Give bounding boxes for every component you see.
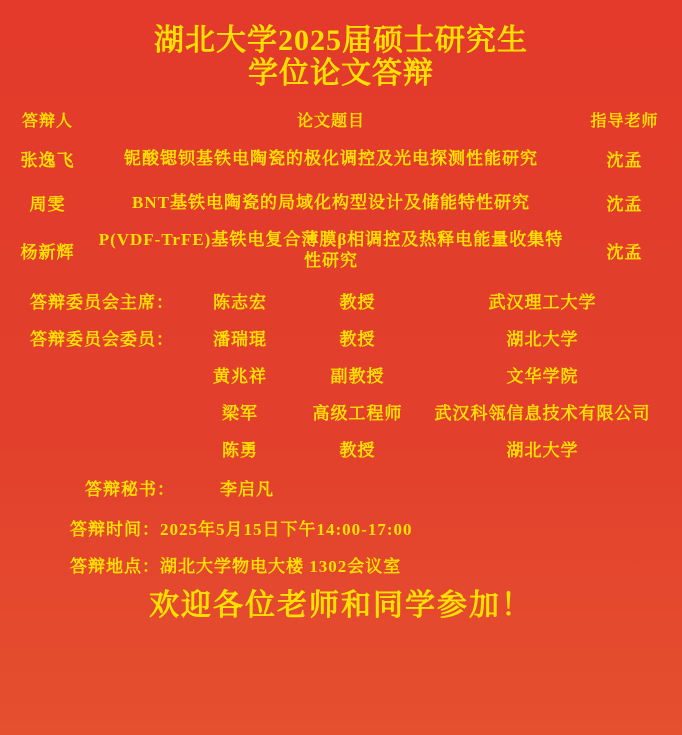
defense-time-label: 答辩时间： [70,515,160,540]
committee-member-affiliation: 湖北大学 [425,436,660,461]
secretary-name: 李启凡 [220,475,274,500]
committee-row: 梁军 高级工程师 武汉科瓴信息技术有限公司 [0,399,682,421]
students-table: 答辩人 论文题目 指导老师 张逸飞 铌酸锶钡基铁电陶瓷的极化调控及光电探测性能研… [0,108,682,271]
committee-member-name: 梁军 [190,399,290,424]
committee-member-title: 副教授 [290,362,425,387]
defense-time-value: 2025年5月15日下午14:00-17:00 [160,515,412,540]
committee-row: 陈勇 教授 湖北大学 [0,436,682,458]
thesis-title: BNT基铁电陶瓷的局域化构型设计及储能特性研究 [95,192,567,213]
committee-member-title: 教授 [290,288,425,313]
header-advisor: 指导老师 [567,108,682,131]
committee-member-name: 陈志宏 [190,288,290,313]
header-defender: 答辩人 [0,108,95,131]
student-name: 周雯 [0,190,95,215]
welcome-message: 欢迎各位老师和同学参加！ [0,587,682,625]
defense-location-row: 答辩地点： 湖北大学物电大楼 1302会议室 [0,553,682,575]
header-thesis-title: 论文题目 [95,108,567,131]
advisor-name: 沈孟 [567,146,682,171]
defense-announcement-poster: 湖北大学2025届硕士研究生 学位论文答辩 答辩人 论文题目 指导老师 张逸飞 … [0,0,682,735]
committee-role-label: 答辩委员会主席： [30,288,190,313]
advisor-name: 沈孟 [567,238,682,263]
committee-member-affiliation: 武汉科瓴信息技术有限公司 [425,399,660,424]
committee-member-affiliation: 湖北大学 [425,325,660,350]
committee-role-label: 答辩委员会委员： [30,325,190,350]
student-name: 杨新辉 [0,238,95,263]
poster-title-line1: 湖北大学2025届硕士研究生 [0,24,682,57]
thesis-title: P(VDF-TrFE)基铁电复合薄膜β相调控及热释电能量收集特性研究 [95,229,567,271]
poster-title-line2: 学位论文答辩 [0,57,682,90]
student-row: 周雯 BNT基铁电陶瓷的局域化构型设计及储能特性研究 沈孟 [0,190,682,215]
committee-row: 黄兆祥 副教授 文华学院 [0,362,682,384]
student-name: 张逸飞 [0,146,95,171]
thesis-title: 铌酸锶钡基铁电陶瓷的极化调控及光电探测性能研究 [95,148,567,169]
student-row: 张逸飞 铌酸锶钡基铁电陶瓷的极化调控及光电探测性能研究 沈孟 [0,146,682,171]
defense-location-value: 湖北大学物电大楼 1302会议室 [160,552,401,577]
committee-member-name: 陈勇 [190,436,290,461]
committee-member-affiliation: 文华学院 [425,362,660,387]
committee-row: 答辩委员会主席： 陈志宏 教授 武汉理工大学 [0,288,682,310]
committee-member-title: 高级工程师 [290,399,425,424]
defense-time-row: 答辩时间： 2025年5月15日下午14:00-17:00 [0,516,682,538]
student-row: 杨新辉 P(VDF-TrFE)基铁电复合薄膜β相调控及热释电能量收集特性研究 沈… [0,229,682,271]
poster-title: 湖北大学2025届硕士研究生 学位论文答辩 [0,0,682,90]
committee-table: 答辩委员会主席： 陈志宏 教授 武汉理工大学 答辩委员会委员： 潘瑞琨 教授 湖… [0,288,682,458]
committee-member-name: 黄兆祥 [190,362,290,387]
committee-member-name: 潘瑞琨 [190,325,290,350]
committee-member-title: 教授 [290,325,425,350]
students-table-header-row: 答辩人 论文题目 指导老师 [0,108,682,131]
secretary-row: 答辩秘书： 李启凡 [0,476,682,498]
secretary-label: 答辩秘书： [85,475,175,500]
committee-member-affiliation: 武汉理工大学 [425,288,660,313]
committee-row: 答辩委员会委员： 潘瑞琨 教授 湖北大学 [0,325,682,347]
committee-member-title: 教授 [290,436,425,461]
advisor-name: 沈孟 [567,190,682,215]
defense-location-label: 答辩地点： [70,552,160,577]
